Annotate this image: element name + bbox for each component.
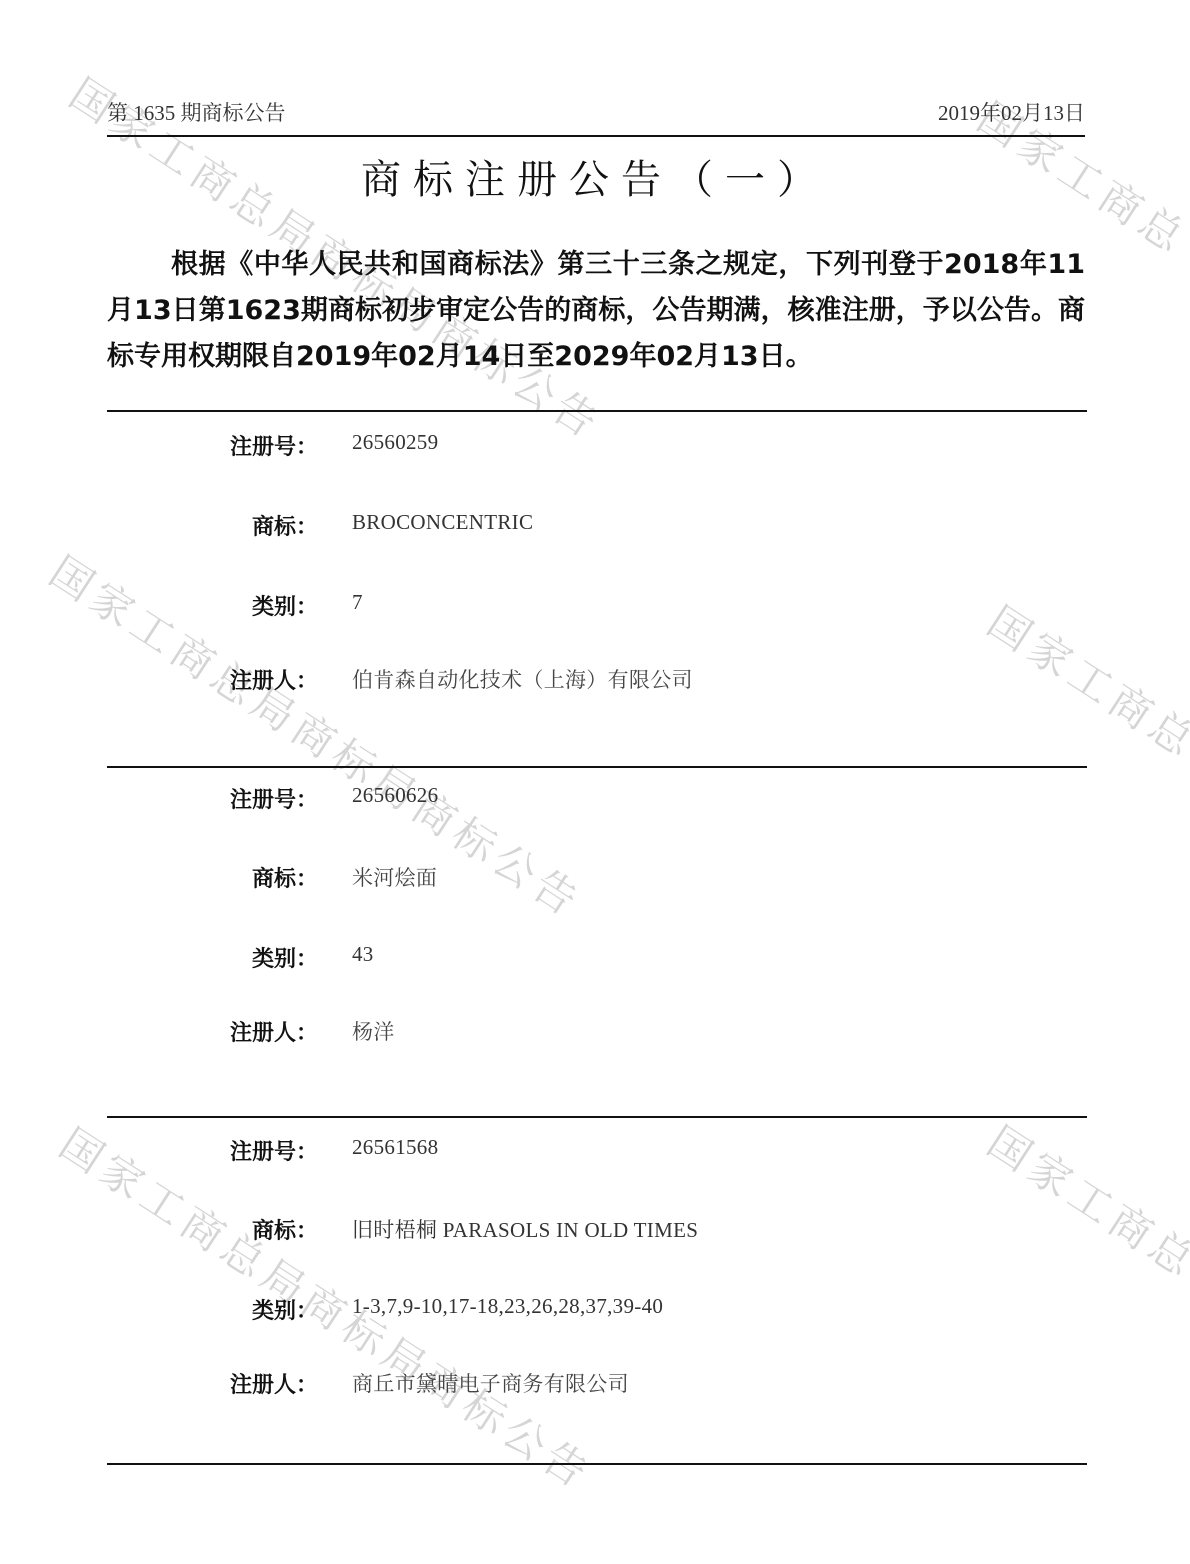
entry-divider: [107, 410, 1087, 412]
registrant-value: 商丘市黛晴电子商务有限公司: [352, 1368, 629, 1398]
intro-paragraph: 根据《中华人民共和国商标法》第三十三条之规定，下列刊登于2018年11月13日第…: [107, 242, 1085, 380]
mark-row: 商标： 米河烩面: [0, 862, 1190, 896]
entry-divider: [107, 766, 1087, 768]
mark-value: 旧时梧桐 PARASOLS IN OLD TIMES: [352, 1214, 698, 1244]
reg-no-value: 26561568: [352, 1135, 438, 1160]
reg-no-label: 注册号：: [230, 430, 318, 461]
class-row: 类别： 43: [0, 942, 1190, 976]
registrant-value: 伯肯森自动化技术（上海）有限公司: [352, 664, 693, 694]
reg-no-row: 注册号： 26561568: [0, 1135, 1190, 1169]
mark-label: 商标：: [252, 862, 318, 893]
registrant-label: 注册人：: [230, 664, 318, 695]
reg-no-value: 26560259: [352, 430, 438, 455]
page-title: 商标注册公告（一）: [0, 148, 1190, 205]
issue-date: 2019年02月13日: [938, 97, 1085, 127]
reg-no-label: 注册号：: [230, 783, 318, 814]
mark-value: 米河烩面: [352, 862, 437, 892]
reg-no-row: 注册号： 26560259: [0, 430, 1190, 464]
registrant-label: 注册人：: [230, 1016, 318, 1047]
class-value: 7: [352, 590, 363, 615]
page-header: 第 1635 期商标公告 2019年02月13日: [107, 97, 1085, 129]
registrant-row: 注册人： 杨洋: [0, 1016, 1190, 1050]
header-divider: [107, 135, 1085, 137]
class-value: 1-3,7,9-10,17-18,23,26,28,37,39-40: [352, 1294, 663, 1319]
class-row: 类别： 7: [0, 590, 1190, 624]
mark-row: 商标： BROCONCENTRIC: [0, 510, 1190, 544]
class-label: 类别：: [252, 590, 318, 621]
mark-row: 商标： 旧时梧桐 PARASOLS IN OLD TIMES: [0, 1214, 1190, 1248]
mark-label: 商标：: [252, 1214, 318, 1245]
registrant-row: 注册人： 伯肯森自动化技术（上海）有限公司: [0, 664, 1190, 698]
issue-number: 第 1635 期商标公告: [107, 97, 286, 127]
mark-value: BROCONCENTRIC: [352, 510, 533, 535]
trademark-announcement-page: 国家工商总局商标局商标公告 国家工商总局商标局商标公告 国家工商总局商标局商标公…: [0, 0, 1190, 1564]
class-row: 类别： 1-3,7,9-10,17-18,23,26,28,37,39-40: [0, 1294, 1190, 1328]
reg-no-label: 注册号：: [230, 1135, 318, 1166]
class-value: 43: [352, 942, 374, 967]
class-label: 类别：: [252, 1294, 318, 1325]
reg-no-row: 注册号： 26560626: [0, 783, 1190, 817]
registrant-label: 注册人：: [230, 1368, 318, 1399]
mark-label: 商标：: [252, 510, 318, 541]
registrant-value: 杨洋: [352, 1016, 395, 1046]
reg-no-value: 26560626: [352, 783, 438, 808]
class-label: 类别：: [252, 942, 318, 973]
entry-divider: [107, 1463, 1087, 1465]
entry-divider: [107, 1116, 1087, 1118]
registrant-row: 注册人： 商丘市黛晴电子商务有限公司: [0, 1368, 1190, 1402]
